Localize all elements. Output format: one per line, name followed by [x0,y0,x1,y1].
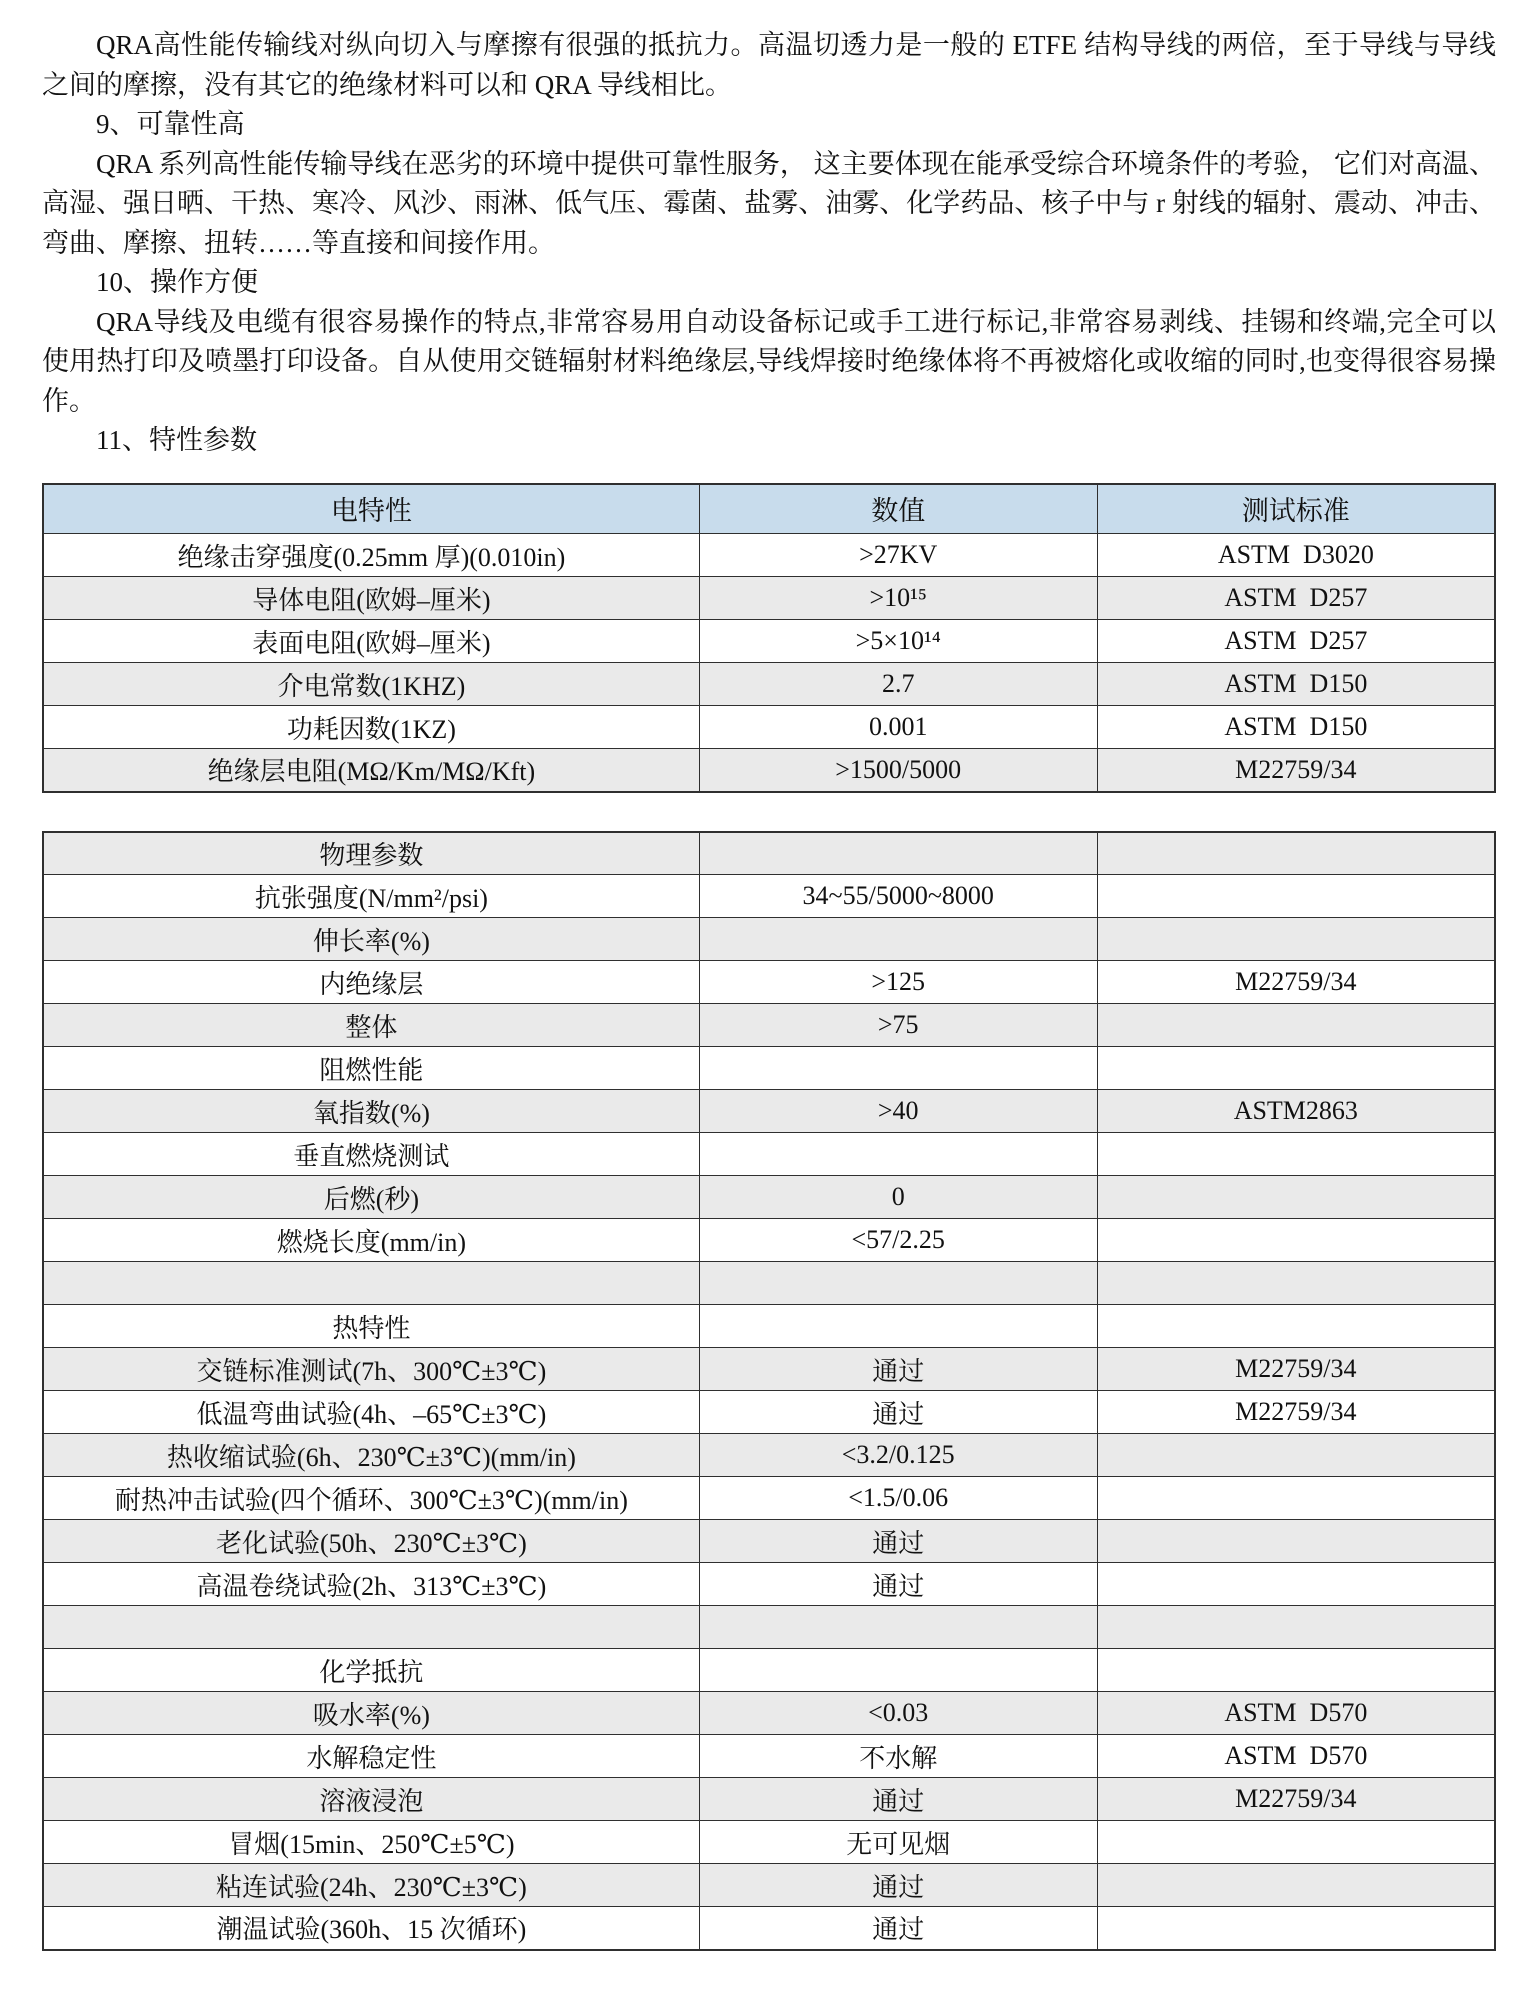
table-row: 介电常数(1KHZ)2.7ASTM D150 [43,663,1495,706]
standard-cell [1097,1262,1495,1305]
standard-cell [1097,1864,1495,1907]
value-cell [699,1262,1097,1305]
table-row: 功耗因数(1KZ)0.001ASTM D150 [43,706,1495,749]
value-cell: <57/2.25 [699,1219,1097,1262]
standard-cell: M22759/34 [1097,1778,1495,1821]
table-row: 绝缘击穿强度(0.25mm 厚)(0.010in)>27KVASTM D3020 [43,534,1495,577]
table-row: 绝缘层电阻(MΩ/Km/MΩ/Kft)>1500/5000M22759/34 [43,749,1495,792]
value-cell: 通过 [699,1563,1097,1606]
standard-cell: ASTM D150 [1097,706,1495,749]
value-cell: >5×10¹⁴ [699,620,1097,663]
param-cell: 热特性 [43,1305,699,1348]
table-row: 粘连试验(24h、230℃±3℃)通过 [43,1864,1495,1907]
paragraph-cut-resistance: QRA高性能传输线对纵向切入与摩擦有很强的抵抗力。高温切透力是一般的 ETFE … [42,26,1496,105]
param-cell: 交链标准测试(7h、300℃±3℃) [43,1348,699,1391]
standard-cell [1097,1305,1495,1348]
standard-cell [1097,875,1495,918]
value-cell: 通过 [699,1907,1097,1950]
param-cell: 绝缘击穿强度(0.25mm 厚)(0.010in) [43,534,699,577]
table-row: 热收缩试验(6h、230℃±3℃)(mm/in)<3.2/0.125 [43,1434,1495,1477]
param-cell: 老化试验(50h、230℃±3℃) [43,1520,699,1563]
table-row: 溶液浸泡通过M22759/34 [43,1778,1495,1821]
param-cell: 绝缘层电阻(MΩ/Km/MΩ/Kft) [43,749,699,792]
param-cell: 介电常数(1KHZ) [43,663,699,706]
param-cell: 粘连试验(24h、230℃±3℃) [43,1864,699,1907]
table-row: 燃烧长度(mm/in)<57/2.25 [43,1219,1495,1262]
standard-cell [1097,1477,1495,1520]
table-row: 表面电阻(欧姆–厘米)>5×10¹⁴ASTM D257 [43,620,1495,663]
standard-cell: ASTM D570 [1097,1735,1495,1778]
param-cell: 水解稳定性 [43,1735,699,1778]
value-cell: >125 [699,961,1097,1004]
param-cell: 冒烟(15min、250℃±5℃) [43,1821,699,1864]
table-row: 耐热冲击试验(四个循环、300℃±3℃)(mm/in)<1.5/0.06 [43,1477,1495,1520]
table-row: 伸长率(%) [43,918,1495,961]
value-cell [699,1606,1097,1649]
param-cell: 热收缩试验(6h、230℃±3℃)(mm/in) [43,1434,699,1477]
value-cell: <0.03 [699,1692,1097,1735]
standard-cell: M22759/34 [1097,749,1495,792]
value-cell: <3.2/0.125 [699,1434,1097,1477]
standard-cell [1097,1219,1495,1262]
table-row: 后燃(秒)0 [43,1176,1495,1219]
param-cell: 吸水率(%) [43,1692,699,1735]
param-cell: 物理参数 [43,832,699,875]
value-cell [699,832,1097,875]
standard-cell [1097,1047,1495,1090]
table-row: 垂直燃烧测试 [43,1133,1495,1176]
table-row: 潮温试验(360h、15 次循环)通过 [43,1907,1495,1950]
standard-cell: ASTM D257 [1097,620,1495,663]
param-cell [43,1606,699,1649]
param-cell: 化学抵抗 [43,1649,699,1692]
value-cell [699,918,1097,961]
param-cell: 燃烧长度(mm/in) [43,1219,699,1262]
table-row: 内绝缘层>125M22759/34 [43,961,1495,1004]
value-cell: 34~55/5000~8000 [699,875,1097,918]
table-row: 导体电阻(欧姆–厘米)>10¹⁵ASTM D257 [43,577,1495,620]
param-cell: 抗张强度(N/mm²/psi) [43,875,699,918]
standard-cell: ASTM D257 [1097,577,1495,620]
section-heading-reliability: 9、可靠性高 [42,105,1496,145]
physical-thermal-chemical-rows: 物理参数抗张强度(N/mm²/psi)34~55/5000~8000伸长率(%)… [43,832,1495,1950]
standard-cell [1097,1520,1495,1563]
table-row [43,1606,1495,1649]
section-heading-characteristic-parameters: 11、特性参数 [42,421,1496,461]
param-cell: 阻燃性能 [43,1047,699,1090]
value-cell: 0.001 [699,706,1097,749]
value-cell: 通过 [699,1520,1097,1563]
value-cell: 通过 [699,1778,1097,1821]
value-cell: >10¹⁵ [699,577,1097,620]
document-page: QRA高性能传输线对纵向切入与摩擦有很强的抵抗力。高温切透力是一般的 ETFE … [0,0,1534,2016]
param-cell: 导体电阻(欧姆–厘米) [43,577,699,620]
param-cell: 功耗因数(1KZ) [43,706,699,749]
value-cell [699,1305,1097,1348]
value-cell: >75 [699,1004,1097,1047]
param-cell: 高温卷绕试验(2h、313℃±3℃) [43,1563,699,1606]
table-row: 老化试验(50h、230℃±3℃)通过 [43,1520,1495,1563]
value-cell: 通过 [699,1391,1097,1434]
electrical-properties-table: 电特性 数值 测试标准 绝缘击穿强度(0.25mm 厚)(0.010in)>27… [42,483,1496,793]
standard-cell: ASTM D3020 [1097,534,1495,577]
table-row: 整体>75 [43,1004,1495,1047]
standard-cell: M22759/34 [1097,1391,1495,1434]
value-cell: 0 [699,1176,1097,1219]
standard-cell [1097,832,1495,875]
physical-thermal-chemical-table: 物理参数抗张强度(N/mm²/psi)34~55/5000~8000伸长率(%)… [42,831,1496,1951]
table-row: 化学抵抗 [43,1649,1495,1692]
column-header-property: 电特性 [43,484,699,534]
electrical-properties-rows: 绝缘击穿强度(0.25mm 厚)(0.010in)>27KVASTM D3020… [43,534,1495,792]
standard-cell: ASTM D150 [1097,663,1495,706]
value-cell: 通过 [699,1348,1097,1391]
standard-cell [1097,918,1495,961]
table-row: 低温弯曲试验(4h、–65℃±3℃)通过M22759/34 [43,1391,1495,1434]
value-cell: >27KV [699,534,1097,577]
column-header-standard: 测试标准 [1097,484,1495,534]
value-cell [699,1133,1097,1176]
table-row: 阻燃性能 [43,1047,1495,1090]
standard-cell [1097,1176,1495,1219]
param-cell: 整体 [43,1004,699,1047]
value-cell: 2.7 [699,663,1097,706]
standard-cell [1097,1434,1495,1477]
param-cell: 后燃(秒) [43,1176,699,1219]
standard-cell [1097,1821,1495,1864]
param-cell: 溶液浸泡 [43,1778,699,1821]
value-cell: 不水解 [699,1735,1097,1778]
section-heading-ease-of-operation: 10、操作方便 [42,263,1496,303]
standard-cell [1097,1606,1495,1649]
paragraph-reliability: QRA 系列高性能传输导线在恶劣的环境中提供可靠性服务， 这主要体现在能承受综合… [42,145,1496,264]
standard-cell [1097,1004,1495,1047]
value-cell: 通过 [699,1864,1097,1907]
param-cell: 氧指数(%) [43,1090,699,1133]
standard-cell: M22759/34 [1097,961,1495,1004]
standard-cell: ASTM2863 [1097,1090,1495,1133]
table-row: 吸水率(%)<0.03ASTM D570 [43,1692,1495,1735]
param-cell: 潮温试验(360h、15 次循环) [43,1907,699,1950]
param-cell: 伸长率(%) [43,918,699,961]
table-row: 热特性 [43,1305,1495,1348]
table-row: 水解稳定性不水解ASTM D570 [43,1735,1495,1778]
table-row: 物理参数 [43,832,1495,875]
standard-cell [1097,1563,1495,1606]
standard-cell [1097,1907,1495,1950]
paragraph-ease-of-operation: QRA导线及电缆有很容易操作的特点,非常容易用自动设备标记或手工进行标记,非常容… [42,303,1496,422]
table-row [43,1262,1495,1305]
param-cell: 垂直燃烧测试 [43,1133,699,1176]
table-row: 冒烟(15min、250℃±5℃)无可见烟 [43,1821,1495,1864]
table-row: 交链标准测试(7h、300℃±3℃)通过M22759/34 [43,1348,1495,1391]
param-cell: 耐热冲击试验(四个循环、300℃±3℃)(mm/in) [43,1477,699,1520]
param-cell: 内绝缘层 [43,961,699,1004]
standard-cell: ASTM D570 [1097,1692,1495,1735]
standard-cell [1097,1649,1495,1692]
column-header-value: 数值 [699,484,1097,534]
standard-cell [1097,1133,1495,1176]
standard-cell: M22759/34 [1097,1348,1495,1391]
table-row: 氧指数(%)>40ASTM2863 [43,1090,1495,1133]
value-cell: >1500/5000 [699,749,1097,792]
value-cell: 无可见烟 [699,1821,1097,1864]
body-text-block: QRA高性能传输线对纵向切入与摩擦有很强的抵抗力。高温切透力是一般的 ETFE … [42,26,1496,461]
value-cell [699,1047,1097,1090]
table-row: 高温卷绕试验(2h、313℃±3℃)通过 [43,1563,1495,1606]
table-header-row: 电特性 数值 测试标准 [43,484,1495,534]
param-cell: 表面电阻(欧姆–厘米) [43,620,699,663]
table-row: 抗张强度(N/mm²/psi)34~55/5000~8000 [43,875,1495,918]
param-cell: 低温弯曲试验(4h、–65℃±3℃) [43,1391,699,1434]
value-cell: >40 [699,1090,1097,1133]
value-cell: <1.5/0.06 [699,1477,1097,1520]
param-cell [43,1262,699,1305]
value-cell [699,1649,1097,1692]
